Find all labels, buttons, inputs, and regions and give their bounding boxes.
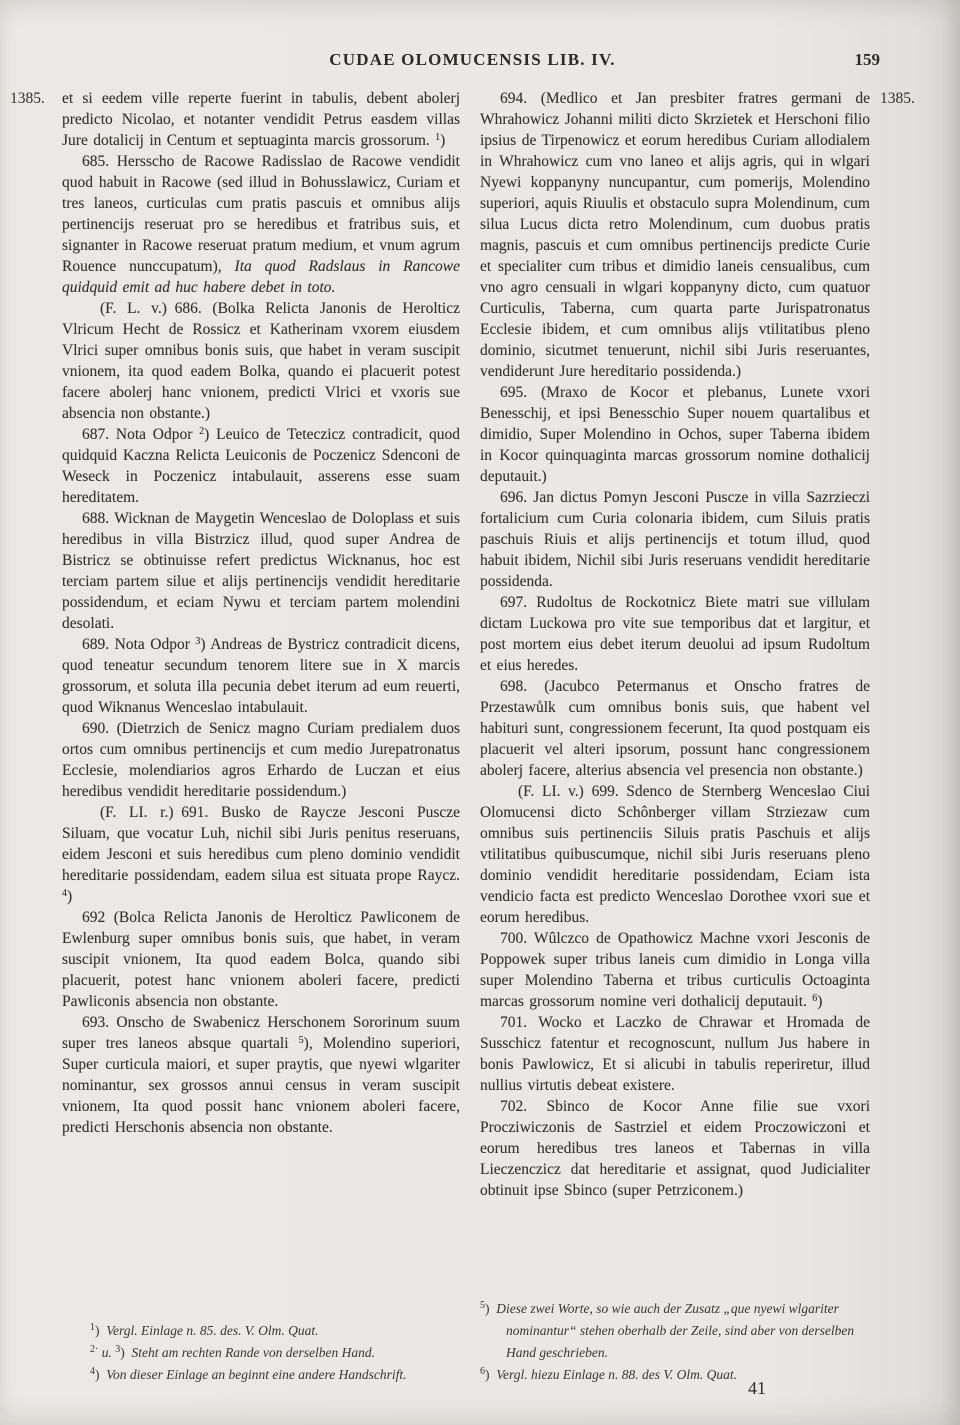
entry-paragraph: 692 (Bolca Relicta Janonis de Herolticz … [62,907,460,1012]
right-column: 694. (Medlico et Jan presbiter fratres g… [480,88,870,1201]
entry-paragraph: 694. (Medlico et Jan presbiter fratres g… [480,88,870,382]
entry-paragraph: 696. Jan dictus Pomyn Jesconi Puscze in … [480,487,870,592]
entry-paragraph: et si eedem ville reperte fuerint in tab… [62,88,460,151]
entry-paragraph: 697. Rudoltus de Rockotnicz Biete matri … [480,592,870,676]
entry-paragraph: 690. (Dietrzich de Senicz magno Curiam p… [62,718,460,802]
running-head: CUDAE OLOMUCENSIS LIB. IV. 159 [0,50,960,74]
footnote: 4) Von dieser Einlage an beginnt eine an… [90,1364,460,1386]
entry-paragraph: 688. Wicknan de Maygetin Wenceslao de Do… [62,508,460,634]
signature-mark: 41 [748,1378,766,1399]
margin-year-left: 1385. [0,88,62,109]
footnote: 1) Vergl. Einlage n. 85. des. V. Olm. Qu… [90,1320,460,1342]
footnotes-right: 5) Diese zwei Worte, so wie auch der Zus… [480,1298,878,1386]
page-number: 159 [855,50,881,70]
margin-year-right: 1385. [870,88,940,109]
footnotes-left: 1) Vergl. Einlage n. 85. des. V. Olm. Qu… [62,1298,460,1386]
entry-paragraph: 698. (Jacubco Petermanus et Onscho fratr… [480,676,870,781]
entry-paragraph: (F. LI. v.) 699. Sdenco de Sternberg Wen… [480,781,870,928]
footnote: 5) Diese zwei Worte, so wie auch der Zus… [480,1298,878,1364]
footnotes: 1) Vergl. Einlage n. 85. des. V. Olm. Qu… [0,1298,960,1386]
entry-paragraph: 700. Wûlczco de Opathowicz Machne vxori … [480,928,870,1012]
text-body: 1385. et si eedem ville reperte fuerint … [0,88,960,1201]
entry-paragraph: 689. Nota Odpor 3) Andreas de Bystricz c… [62,634,460,718]
entry-paragraph: 695. (Mraxo de Kocor et plebanus, Lunete… [480,382,870,487]
left-column: et si eedem ville reperte fuerint in tab… [62,88,460,1138]
footnote: 2· u. 3) Steht am rechten Rande von ders… [90,1342,460,1364]
book-page: CUDAE OLOMUCENSIS LIB. IV. 159 1385. et … [0,0,960,1425]
entry-paragraph: 685. Hersscho de Racowe Radisslao de Rac… [62,151,460,298]
entry-paragraph: 701. Wocko et Laczko de Chrawar et Hroma… [480,1012,870,1096]
entry-paragraph: (F. L. v.) 686. (Bolka Relicta Janonis d… [62,298,460,424]
footnote: 6) Vergl. hiezu Einlage n. 88. des V. Ol… [480,1364,878,1386]
entry-paragraph: 693. Onscho de Swabenicz Herschonem Soro… [62,1012,460,1138]
entry-paragraph: (F. LI. r.) 691. Busko de Raycze Jesconi… [62,802,460,907]
entry-paragraph: 687. Nota Odpor 2) Leuico de Teteczicz c… [62,424,460,508]
running-title: CUDAE OLOMUCENSIS LIB. IV. [75,50,870,70]
entry-paragraph: 702. Sbinco de Kocor Anne filie sue vxor… [480,1096,870,1201]
